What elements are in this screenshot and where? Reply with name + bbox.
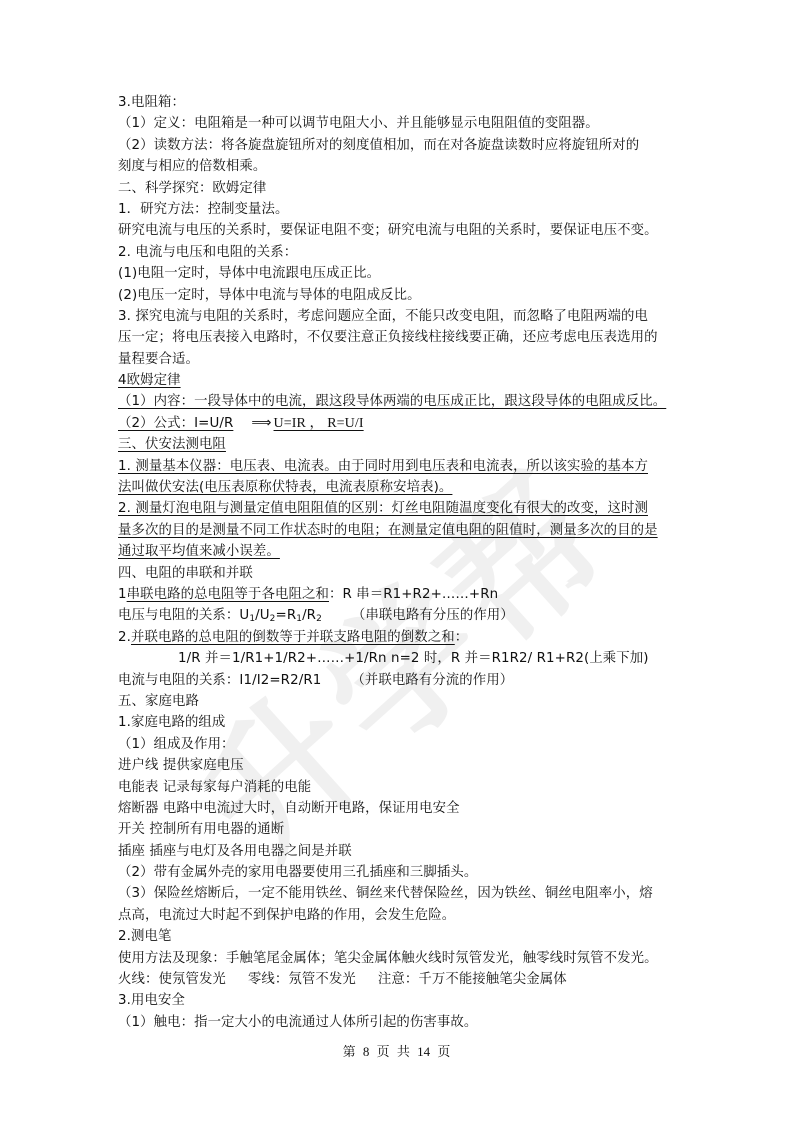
subscript: 2 (316, 614, 322, 624)
underlined-text: 三、伏安法测电阻 (118, 437, 226, 452)
formula-text: /U (255, 608, 270, 623)
paragraph: 2. 电流与电压和电阻的关系： (118, 242, 680, 263)
paragraph: 熔断器 电路中电流过大时，自动断开电路，保证用电安全 (118, 798, 680, 819)
paragraph: 1串联电路的总电阻等于各电阻之和：R 串＝R1+R2+……+Rn (118, 584, 680, 605)
paragraph: 3. 探究电流与电阻的关系时，考虑问题应全面，不能只改变电阻，而忽略了电阻两端的… (118, 306, 680, 327)
formula-text: 电流与电阻的关系：I1/I2=R2/R1 (118, 673, 321, 688)
colon: ： (455, 630, 469, 645)
paragraph: （1）触电：指一定大小的电流通过人体所引起的伤害事故。 (118, 1012, 680, 1033)
paragraph: 法叫做伏安法(电压表原称伏特表，电流表原称安培表)。 (118, 477, 680, 498)
paragraph: 通过取平均值来减小误差。 (118, 541, 680, 562)
paragraph: （1）内容：一段导体中的电流，跟这段导体两端的电压成正比，跟这段导体的电阻成反比… (118, 391, 680, 412)
paragraph: （3）保险丝熔断后，一定不能用铁丝、铜丝来代替保险丝，因为铁丝、铜丝电阻率小，熔 (118, 883, 680, 904)
note-text: （串联电路有分压的作用） (352, 608, 514, 623)
underlined-text: 2. 测量灯泡电阻与测量定值电阻阻值的区别：灯丝电阻随温度变化有很大的改变，这时… (118, 501, 648, 516)
section-heading: 二、科学探究：欧姆定律 (118, 178, 680, 199)
paragraph: （2）带有金属外壳的家用电器要使用三孔插座和三脚插头。 (118, 862, 680, 883)
section-heading: 五、家庭电路 (118, 691, 680, 712)
paragraph: 压一定；将电压表接入电路时，不仅要注意正负接线柱接线要正确，还应考虑电压表选用的 (118, 327, 680, 348)
note-text: 注意：千万不能接触笔尖金属体 (378, 972, 567, 987)
item-number: 2. (118, 630, 131, 645)
paragraph: （2）读数方法：将各旋盘旋钮所对的刻度值相加，而在对各旋盘读数时应将旋钮所对的 (118, 135, 680, 156)
formula-text: /R (302, 608, 316, 623)
paragraph: 2. 测量灯泡电阻与测量定值电阻阻值的区别：灯丝电阻随温度变化有很大的改变，这时… (118, 498, 680, 519)
paragraph: 1. 测量基本仪器：电压表、电流表。由于同时用到电压表和电流表，所以该实验的基本… (118, 456, 680, 477)
underlined-text: 1. 测量基本仪器：电压表、电流表。由于同时用到电压表和电流表，所以该实验的基本… (118, 459, 648, 474)
formula-line: 电压与电阻的关系：U1/U2=R1/R2（串联电路有分压的作用） (118, 605, 680, 626)
section-heading: 三、伏安法测电阻 (118, 434, 680, 455)
section-heading: 四、电阻的串联和并联 (118, 563, 680, 584)
paragraph: 使用方法及现象：手触笔尾金属体；笔尖金属体触火线时氖管发光，触零线时氖管不发光。 (118, 948, 680, 969)
paragraph: 刻度与相应的倍数相乘。 (118, 156, 680, 177)
underlined-text: 通过取平均值来减小误差。 (118, 544, 280, 559)
item-number: 1 (118, 587, 127, 602)
paragraph: 1.家庭电路的组成 (118, 712, 680, 733)
paragraph: 进户线 提供家庭电压 (118, 755, 680, 776)
formula-text: =R (276, 608, 297, 623)
underlined-text: 串联电路的总电阻等于各电阻之和 (127, 587, 329, 602)
formula-line: （2）公式：I=U/R⟹U=IR ， R=U/I (118, 413, 680, 434)
underlined-text: 法叫做伏安法(电压表原称伏特表，电流表原称安培表)。 (118, 480, 452, 495)
heading-ohms-law: 4欧姆定律 (118, 370, 680, 391)
formula-line: 电流与电阻的关系：I1/I2=R2/R1（并联电路有分流的作用） (118, 670, 680, 691)
formula-text: （2）公式：I=U/R (118, 416, 233, 431)
paragraph: 2.并联电路的总电阻的倒数等于并联支路电阻的倒数之和： (118, 627, 680, 648)
paragraph: 火线：使氖管发光零线：氖管不发光注意：千万不能接触笔尖金属体 (118, 969, 680, 990)
paragraph: (1)电阻一定时，导体中电流跟电压成正比。 (118, 263, 680, 284)
paragraph: 插座 插座与电灯及各用电器之间是并联 (118, 841, 680, 862)
formula-text: ：R 串＝R1+R2+……+Rn (329, 587, 498, 602)
underlined-text: 并联电路的总电阻的倒数等于并联支路电阻的倒数之和 (131, 630, 455, 645)
heading-resistance-box: 3.电阻箱： (118, 92, 680, 113)
underlined-text: 量多次的目的是测量不同工作状态时的电阻 (118, 523, 374, 538)
paragraph: 量程要合适。 (118, 349, 680, 370)
note-text: 零线：氖管不发光 (248, 972, 356, 987)
paragraph: （1）组成及作用： (118, 734, 680, 755)
arrow-right-icon: ⟹ (251, 413, 271, 434)
underlined-text: ；在测量定值电阻的阻值时，测量多次的目的是 (374, 523, 657, 538)
paragraph: 3.用电安全 (118, 990, 680, 1011)
formula-line: 1/R 并＝1/R1+1/R2+……+1/Rn n=2 时，R 并＝R1R2/ … (118, 648, 680, 669)
paragraph: 开关 控制所有用电器的通断 (118, 819, 680, 840)
document-body: 3.电阻箱： （1）定义：电阻箱是一种可以调节电阻大小、并且能够显示电阻阻值的变… (118, 92, 680, 1033)
paragraph: 量多次的目的是测量不同工作状态时的电阻；在测量定值电阻的阻值时，测量多次的目的是 (118, 520, 680, 541)
paragraph: （1）定义：电阻箱是一种可以调节电阻大小、并且能够显示电阻阻值的变阻器。 (118, 113, 680, 134)
formula-label: 电压与电阻的关系：U (118, 608, 249, 623)
paragraph: 电能表 记录每家每户消耗的电能 (118, 777, 680, 798)
underlined-text: 4欧姆定律 (118, 373, 181, 388)
paragraph: 研究电流与电压的关系时，要保证电阻不变；研究电流与电阻的关系时，要保证电压不变。 (118, 220, 680, 241)
paragraph: 点高，电流过大时起不到保护电路的作用，会发生危险。 (118, 905, 680, 926)
page-footer: 第 8 页 共 14 页 (0, 1041, 793, 1060)
paragraph: 1．研究方法：控制变量法。 (118, 199, 680, 220)
paragraph: (2)电压一定时，导体中电流与导体的电阻成反比。 (118, 285, 680, 306)
underlined-text: （1）内容：一段导体中的电流，跟这段导体两端的电压成正比，跟这段导体的电阻成反比… (118, 394, 666, 409)
paragraph: 2.测电笔 (118, 926, 680, 947)
formula-text: U=IR ， R=U/I (274, 416, 364, 431)
note-text: 火线：使氖管发光 (118, 972, 226, 987)
note-text: （并联电路有分流的作用） (351, 673, 513, 688)
